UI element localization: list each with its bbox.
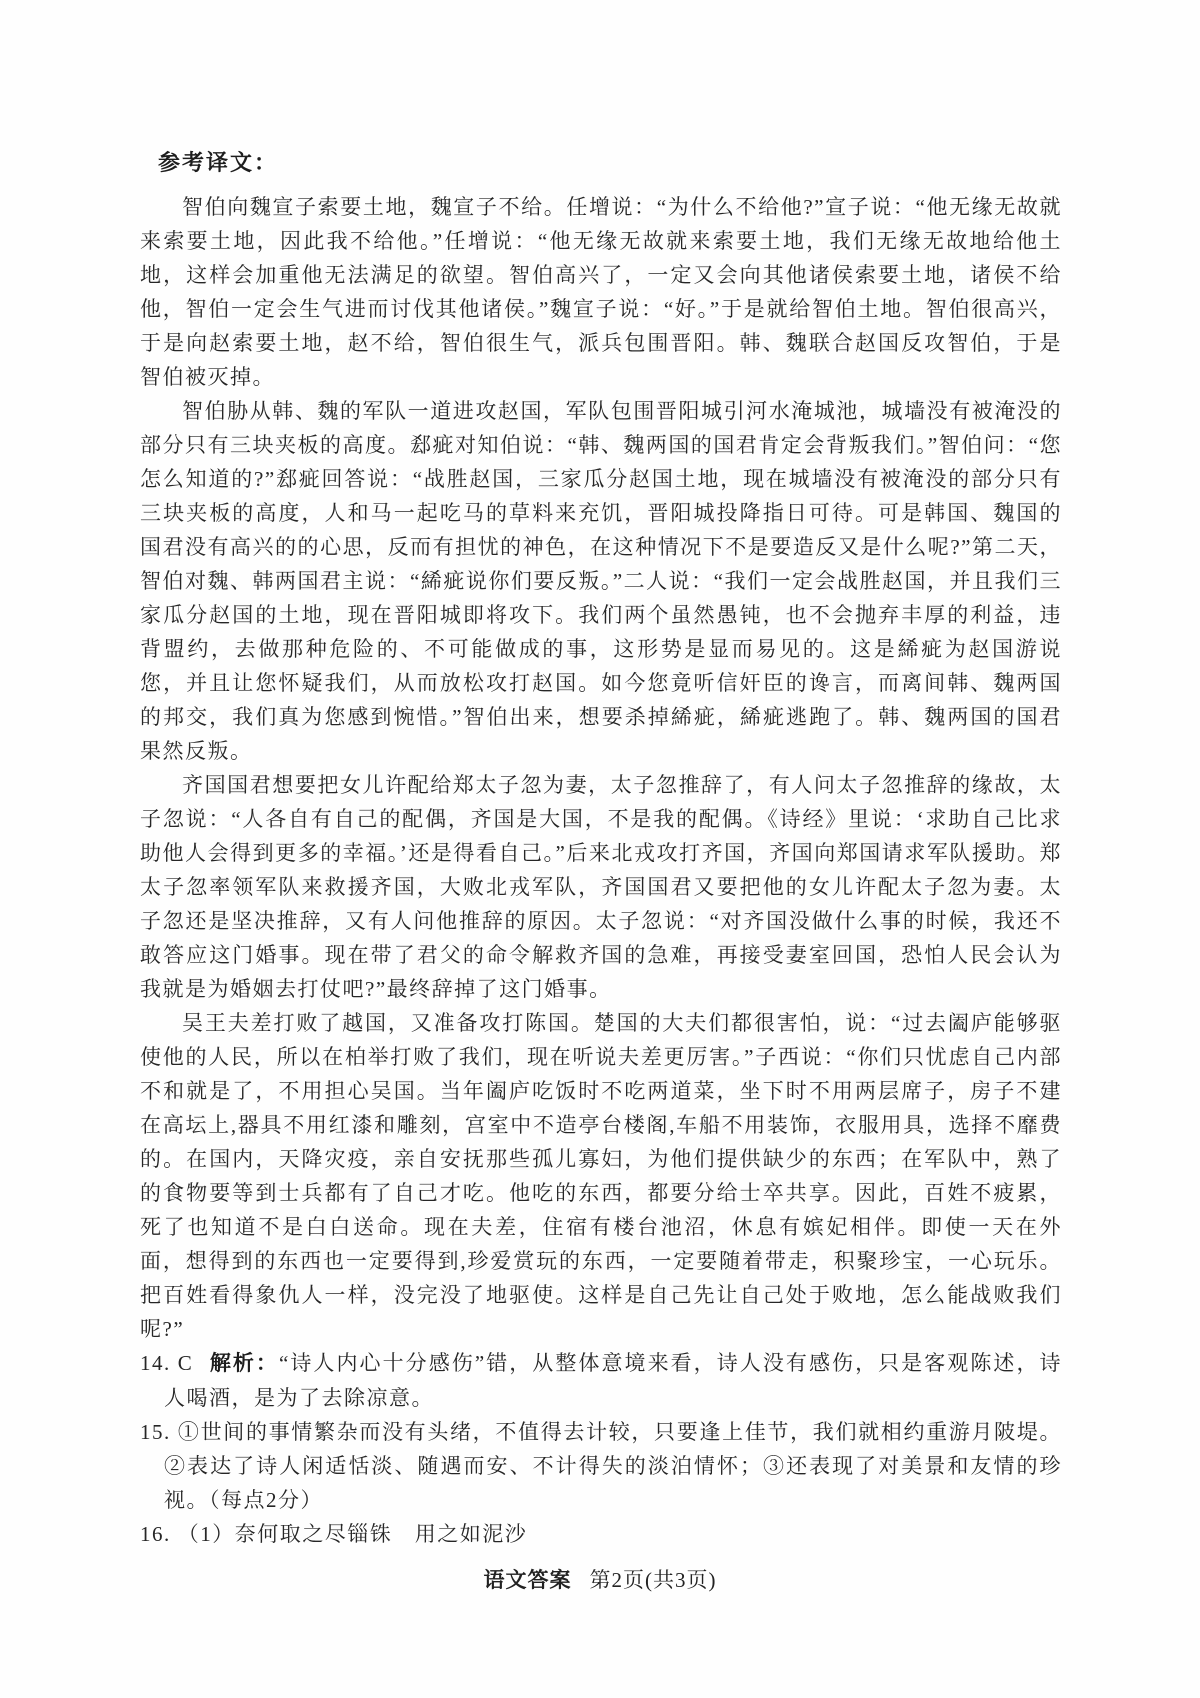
page-footer: 语文答案第2页(共3页) — [0, 1563, 1200, 1598]
answer-text: ①世间的事情繁杂而没有头绪，不值得去计较，只要逢上佳节，我们就相约重游月陂堤。②… — [164, 1420, 1062, 1512]
answer-number: 14. — [140, 1351, 171, 1375]
footer-page-number: 第2页(共3页) — [590, 1568, 717, 1592]
translation-paragraph-4: 吴王夫差打败了越国，又准备攻打陈国。楚国的大夫们都很害怕，说：“过去阖庐能够驱使… — [140, 1006, 1062, 1346]
answer-text: （1）奈何取之尽锱铢 用之如泥沙 — [178, 1522, 528, 1546]
answer-text: “诗人内心十分感伤”错，从整体意境来看，诗人没有感伤，只是客观陈述，诗人喝酒，是… — [164, 1351, 1062, 1410]
answers-section: 14.C解析：“诗人内心十分感伤”错，从整体意境来看，诗人没有感伤，只是客观陈述… — [140, 1346, 1062, 1551]
document-page: 参考译文： 智伯向魏宣子索要土地，魏宣子不给。任增说：“为什么不给他?”宣子说：… — [0, 0, 1200, 1698]
translation-paragraph-2: 智伯胁从韩、魏的军队一道进攻赵国，军队包围晋阳城引河水淹城池，城墙没有被淹没的部… — [140, 394, 1062, 768]
answer-number: 15. — [140, 1420, 171, 1444]
translation-paragraph-3: 齐国国君想要把女儿许配给郑太子忽为妻，太子忽推辞了，有人问太子忽推辞的缘故，太子… — [140, 768, 1062, 1006]
analysis-label: 解析： — [209, 1352, 279, 1375]
answer-item-14: 14.C解析：“诗人内心十分感伤”错，从整体意境来看，诗人没有感伤，只是客观陈述… — [140, 1346, 1062, 1415]
answer-item-15: 15.①世间的事情繁杂而没有头绪，不值得去计较，只要逢上佳节，我们就相约重游月陂… — [140, 1415, 1062, 1517]
answer-item-16: 16.（1）奈何取之尽锱铢 用之如泥沙 — [140, 1517, 1062, 1551]
answer-number: 16. — [140, 1522, 171, 1546]
footer-subject-title: 语文答案 — [484, 1569, 572, 1592]
reference-translation-heading: 参考译文： — [158, 146, 1062, 180]
translation-paragraph-1: 智伯向魏宣子索要土地，魏宣子不给。任增说：“为什么不给他?”宣子说：“他无缘无故… — [140, 190, 1062, 394]
answer-choice-letter: C — [178, 1351, 194, 1375]
